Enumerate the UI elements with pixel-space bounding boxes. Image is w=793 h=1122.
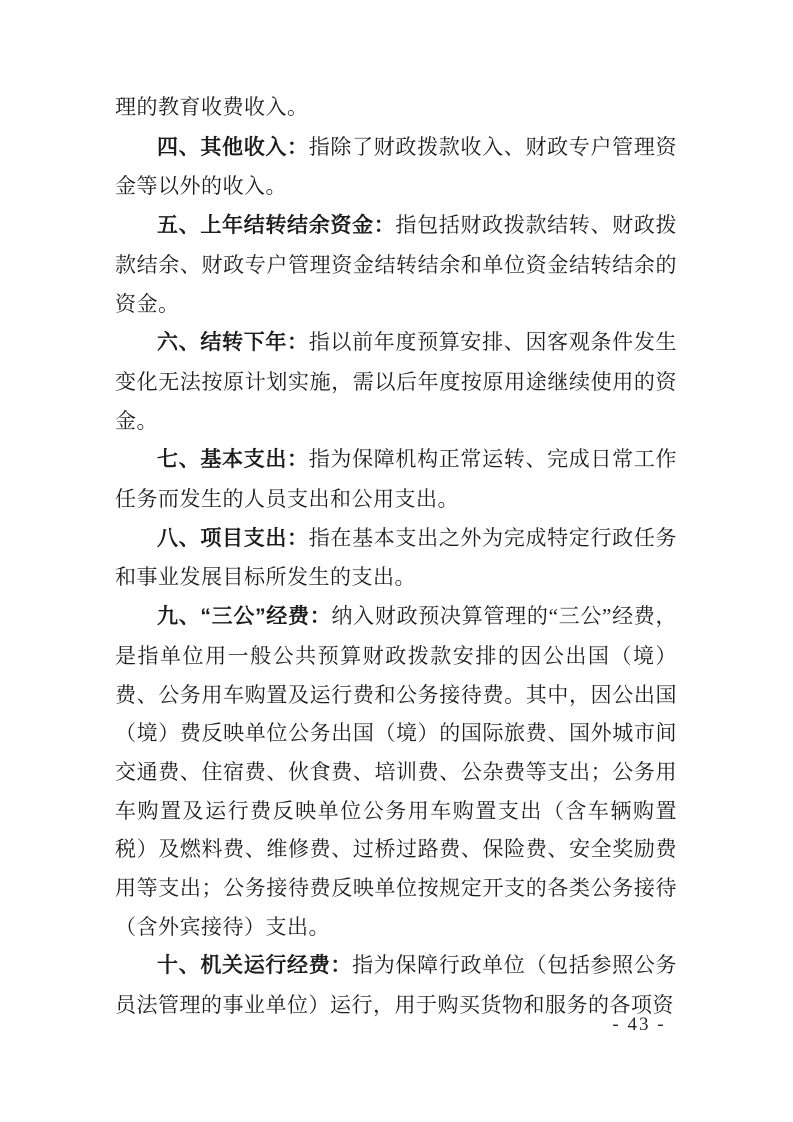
- definition-paragraph: 八、项目支出：指在基本支出之外为完成特定行政任务和事业发展目标所发生的支出。: [115, 519, 677, 597]
- definition-body: 纳入财政预决算管理的“三公”经费，是指单位用一般公共预算财政拨款安排的因公出国（…: [115, 604, 677, 939]
- definition-term: 五、上年结转结余资金：: [157, 214, 395, 237]
- definition-term: 四、其他收入：: [157, 136, 309, 159]
- definition-body: 理的教育收费收入。: [115, 95, 309, 119]
- definition-term: 九、“三公”经费：: [157, 605, 331, 628]
- definition-paragraph: 七、基本支出：指为保障机构正常运转、完成日常工作任务而发生的人员支出和公用支出。: [115, 440, 677, 518]
- definition-term: 六、结转下年：: [157, 331, 309, 354]
- definition-paragraph: 四、其他收入：指除了财政拨款收入、财政专户管理资金等以外的收入。: [115, 128, 677, 206]
- definitions-section: 理的教育收费收入。 四、其他收入：指除了财政拨款收入、财政专户管理资金等以外的收…: [115, 88, 677, 1025]
- page-number: - 43 -: [606, 1014, 672, 1036]
- definition-paragraph: 十、机关运行经费：指为保障行政单位（包括参照公务员法管理的事业单位）运行，用于购…: [115, 946, 677, 1024]
- definition-paragraph: 五、上年结转结余资金：指包括财政拨款结转、财政拨款结余、财政专户管理资金结转结余…: [115, 206, 677, 323]
- definition-paragraph: 六、结转下年：指以前年度预算安排、因客观条件发生变化无法按原计划实施，需以后年度…: [115, 323, 677, 440]
- definition-paragraph: 理的教育收费收入。: [115, 88, 677, 128]
- definition-paragraph: 九、“三公”经费：纳入财政预决算管理的“三公”经费，是指单位用一般公共预算财政拨…: [115, 597, 677, 946]
- definition-term: 八、项目支出：: [157, 527, 309, 550]
- definition-term: 十、机关运行经费：: [157, 954, 352, 977]
- definition-term: 七、基本支出：: [157, 448, 309, 471]
- document-page: 理的教育收费收入。 四、其他收入：指除了财政拨款收入、财政专户管理资金等以外的收…: [0, 0, 793, 1122]
